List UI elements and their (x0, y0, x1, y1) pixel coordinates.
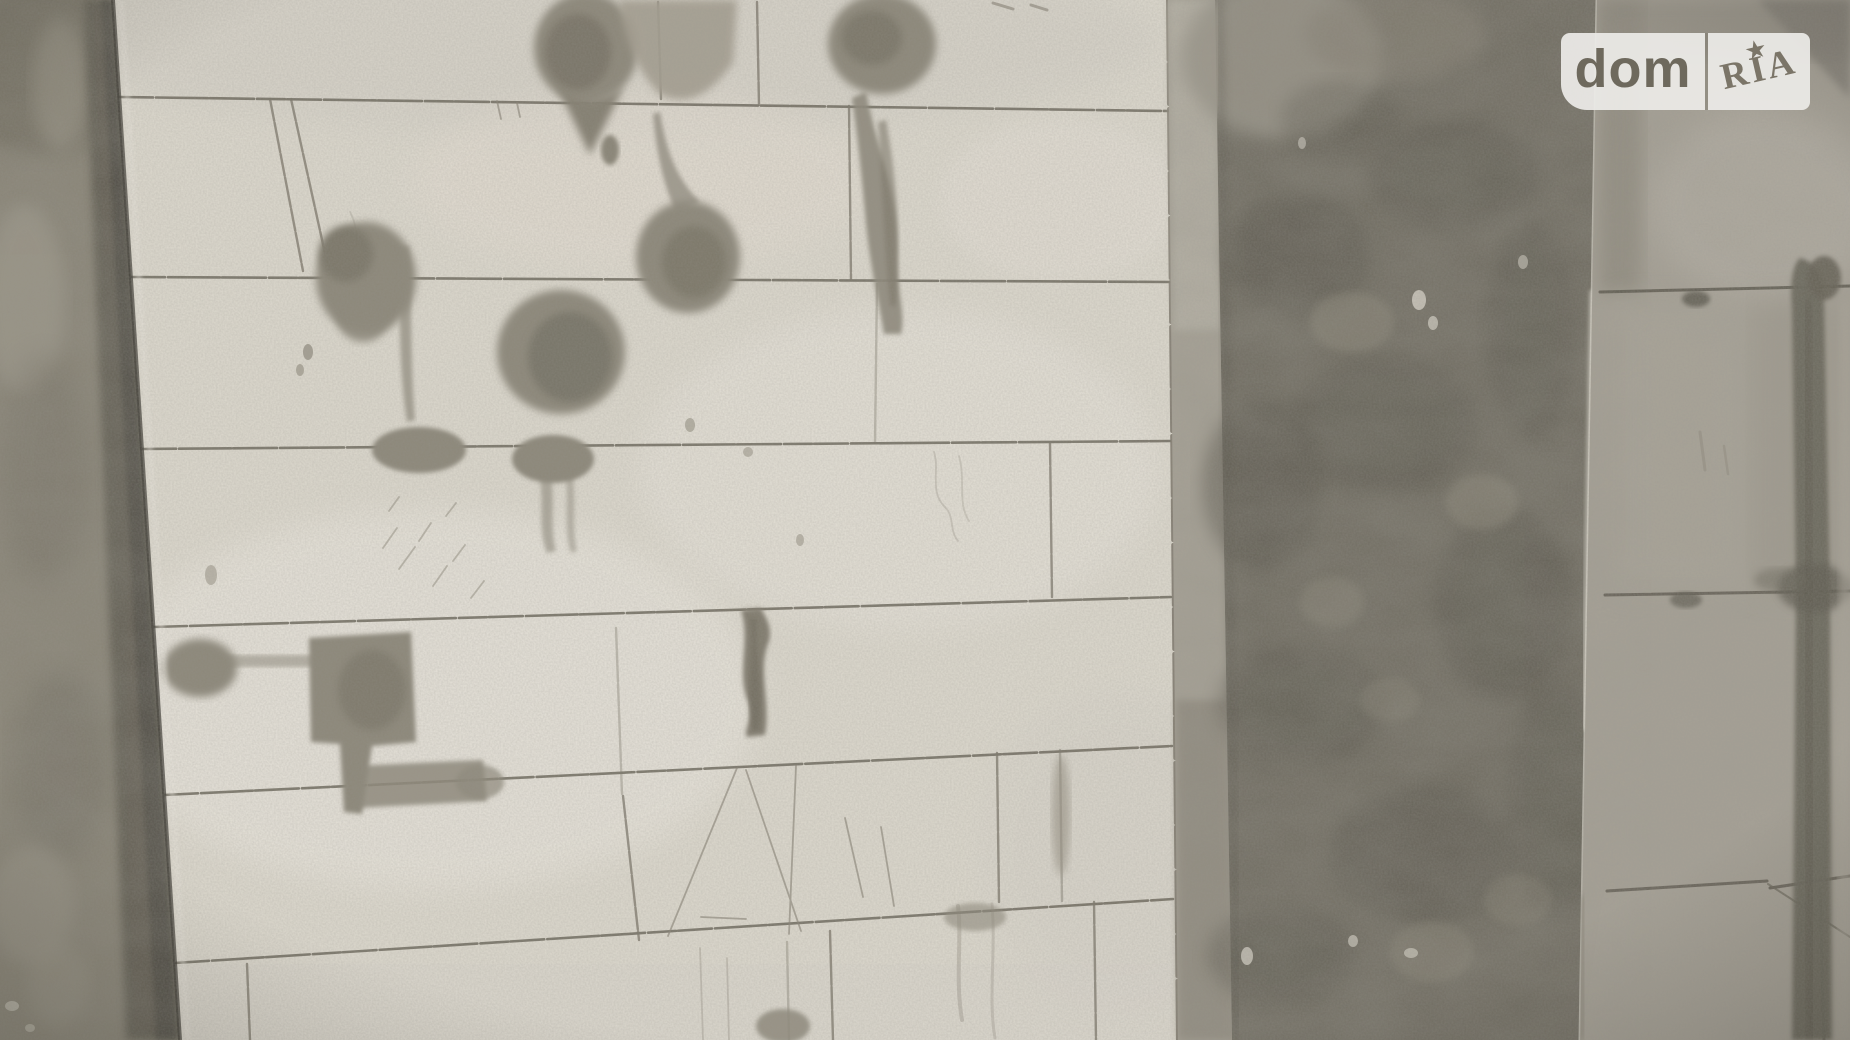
watermark-dom-text: dom (1575, 42, 1692, 101)
watermark-ria-rotated: ★ RIA (1713, 42, 1805, 97)
watermark-dom-section: dom (1561, 33, 1705, 110)
vignette-overlay (0, 0, 1850, 1040)
domria-watermark: dom ★ RIA (1561, 33, 1810, 110)
photo-unfinished-wall: dom ★ RIA (0, 0, 1850, 1040)
wall-scene (0, 0, 1850, 1040)
watermark-star-icon: ★ (1742, 35, 1769, 64)
watermark-ria-section: ★ RIA (1708, 33, 1810, 110)
